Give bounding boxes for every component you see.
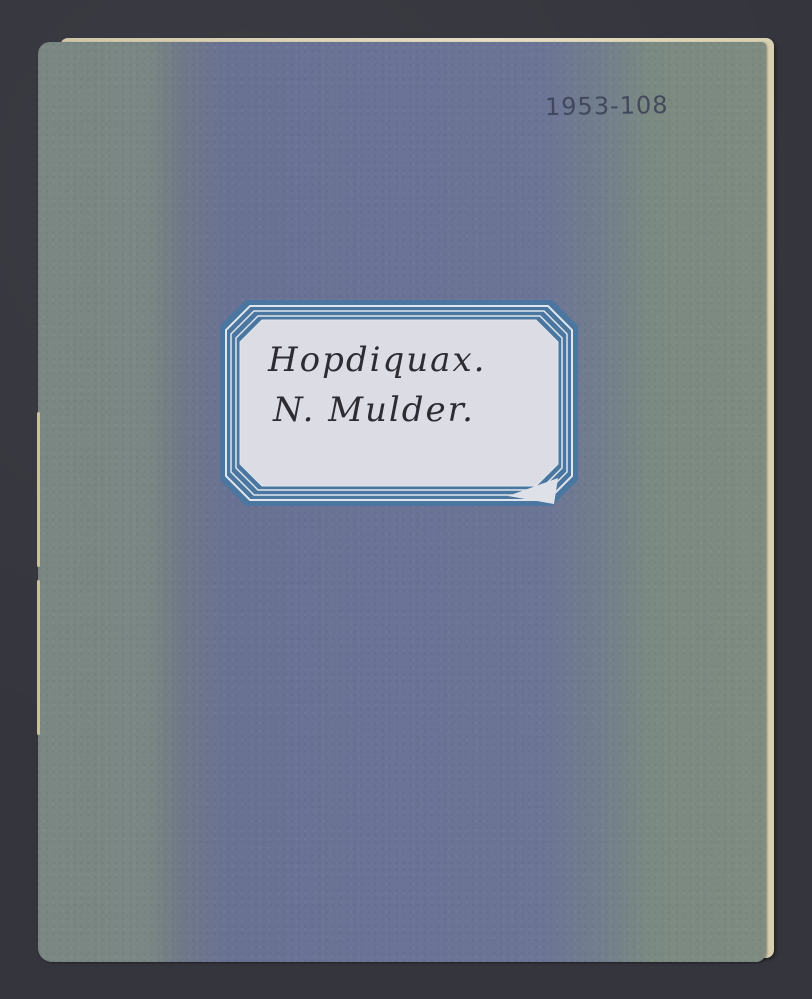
binding-stitch-lower: [37, 580, 40, 735]
label-title: Hopdiquax.: [268, 340, 486, 380]
label-owner-name: N. Mulder.: [273, 390, 475, 430]
binding-stitch-upper: [37, 412, 40, 567]
accession-number: 1953-108: [545, 91, 669, 121]
cover-label: Hopdiquax. N. Mulder.: [218, 298, 580, 508]
